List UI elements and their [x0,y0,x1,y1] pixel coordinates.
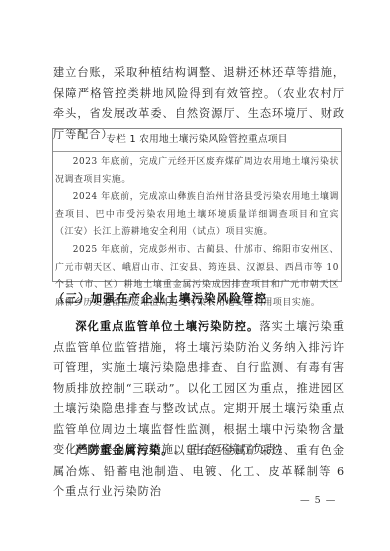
paragraph-soil-control: 深化重点监管单位土壤污染防控。落实土壤污染重点监管单位监管措施，将土壤污染防治义… [53,316,345,461]
document-page: 建立台账，采取种植结构调整、退耕还林还草等措施，保障严格管控类耕地风险得到有效管… [0,0,390,551]
page-number: — 5 — [300,495,336,506]
box-title: 专栏 1 农用地土壤污染风险管控重点项目 [53,129,341,152]
paragraph-lead: 深化重点监管单位土壤污染防控。 [75,319,259,333]
box-item-2024: 2024 年底前，完成凉山彝族自治州甘洛县受污染农用地土壤调查项目、巴中市受污染… [55,189,339,242]
section-heading: （三）加强在产企业土壤污染风险管控 [53,289,345,307]
paragraph-lead: 严防重金属污染。 [75,443,173,457]
paragraph-body: 落实土壤污染重点监管单位监管措施，将土壤污染防治义务纳入排污许可管理，实施土壤污… [53,320,345,456]
paragraph-heavy-metal: 严防重金属污染。以重有色金属矿采选、重有色金属冶炼、铅蓄电池制造、电镀、化工、皮… [53,440,345,503]
box-item-2023: 2023 年底前，完成广元经开区废弃煤矿周边农用地土壤污染状况调查项目实施。 [55,154,339,189]
project-box: 专栏 1 农用地土壤污染风险管控重点项目 2023 年底前，完成广元经开区废弃煤… [52,128,342,282]
